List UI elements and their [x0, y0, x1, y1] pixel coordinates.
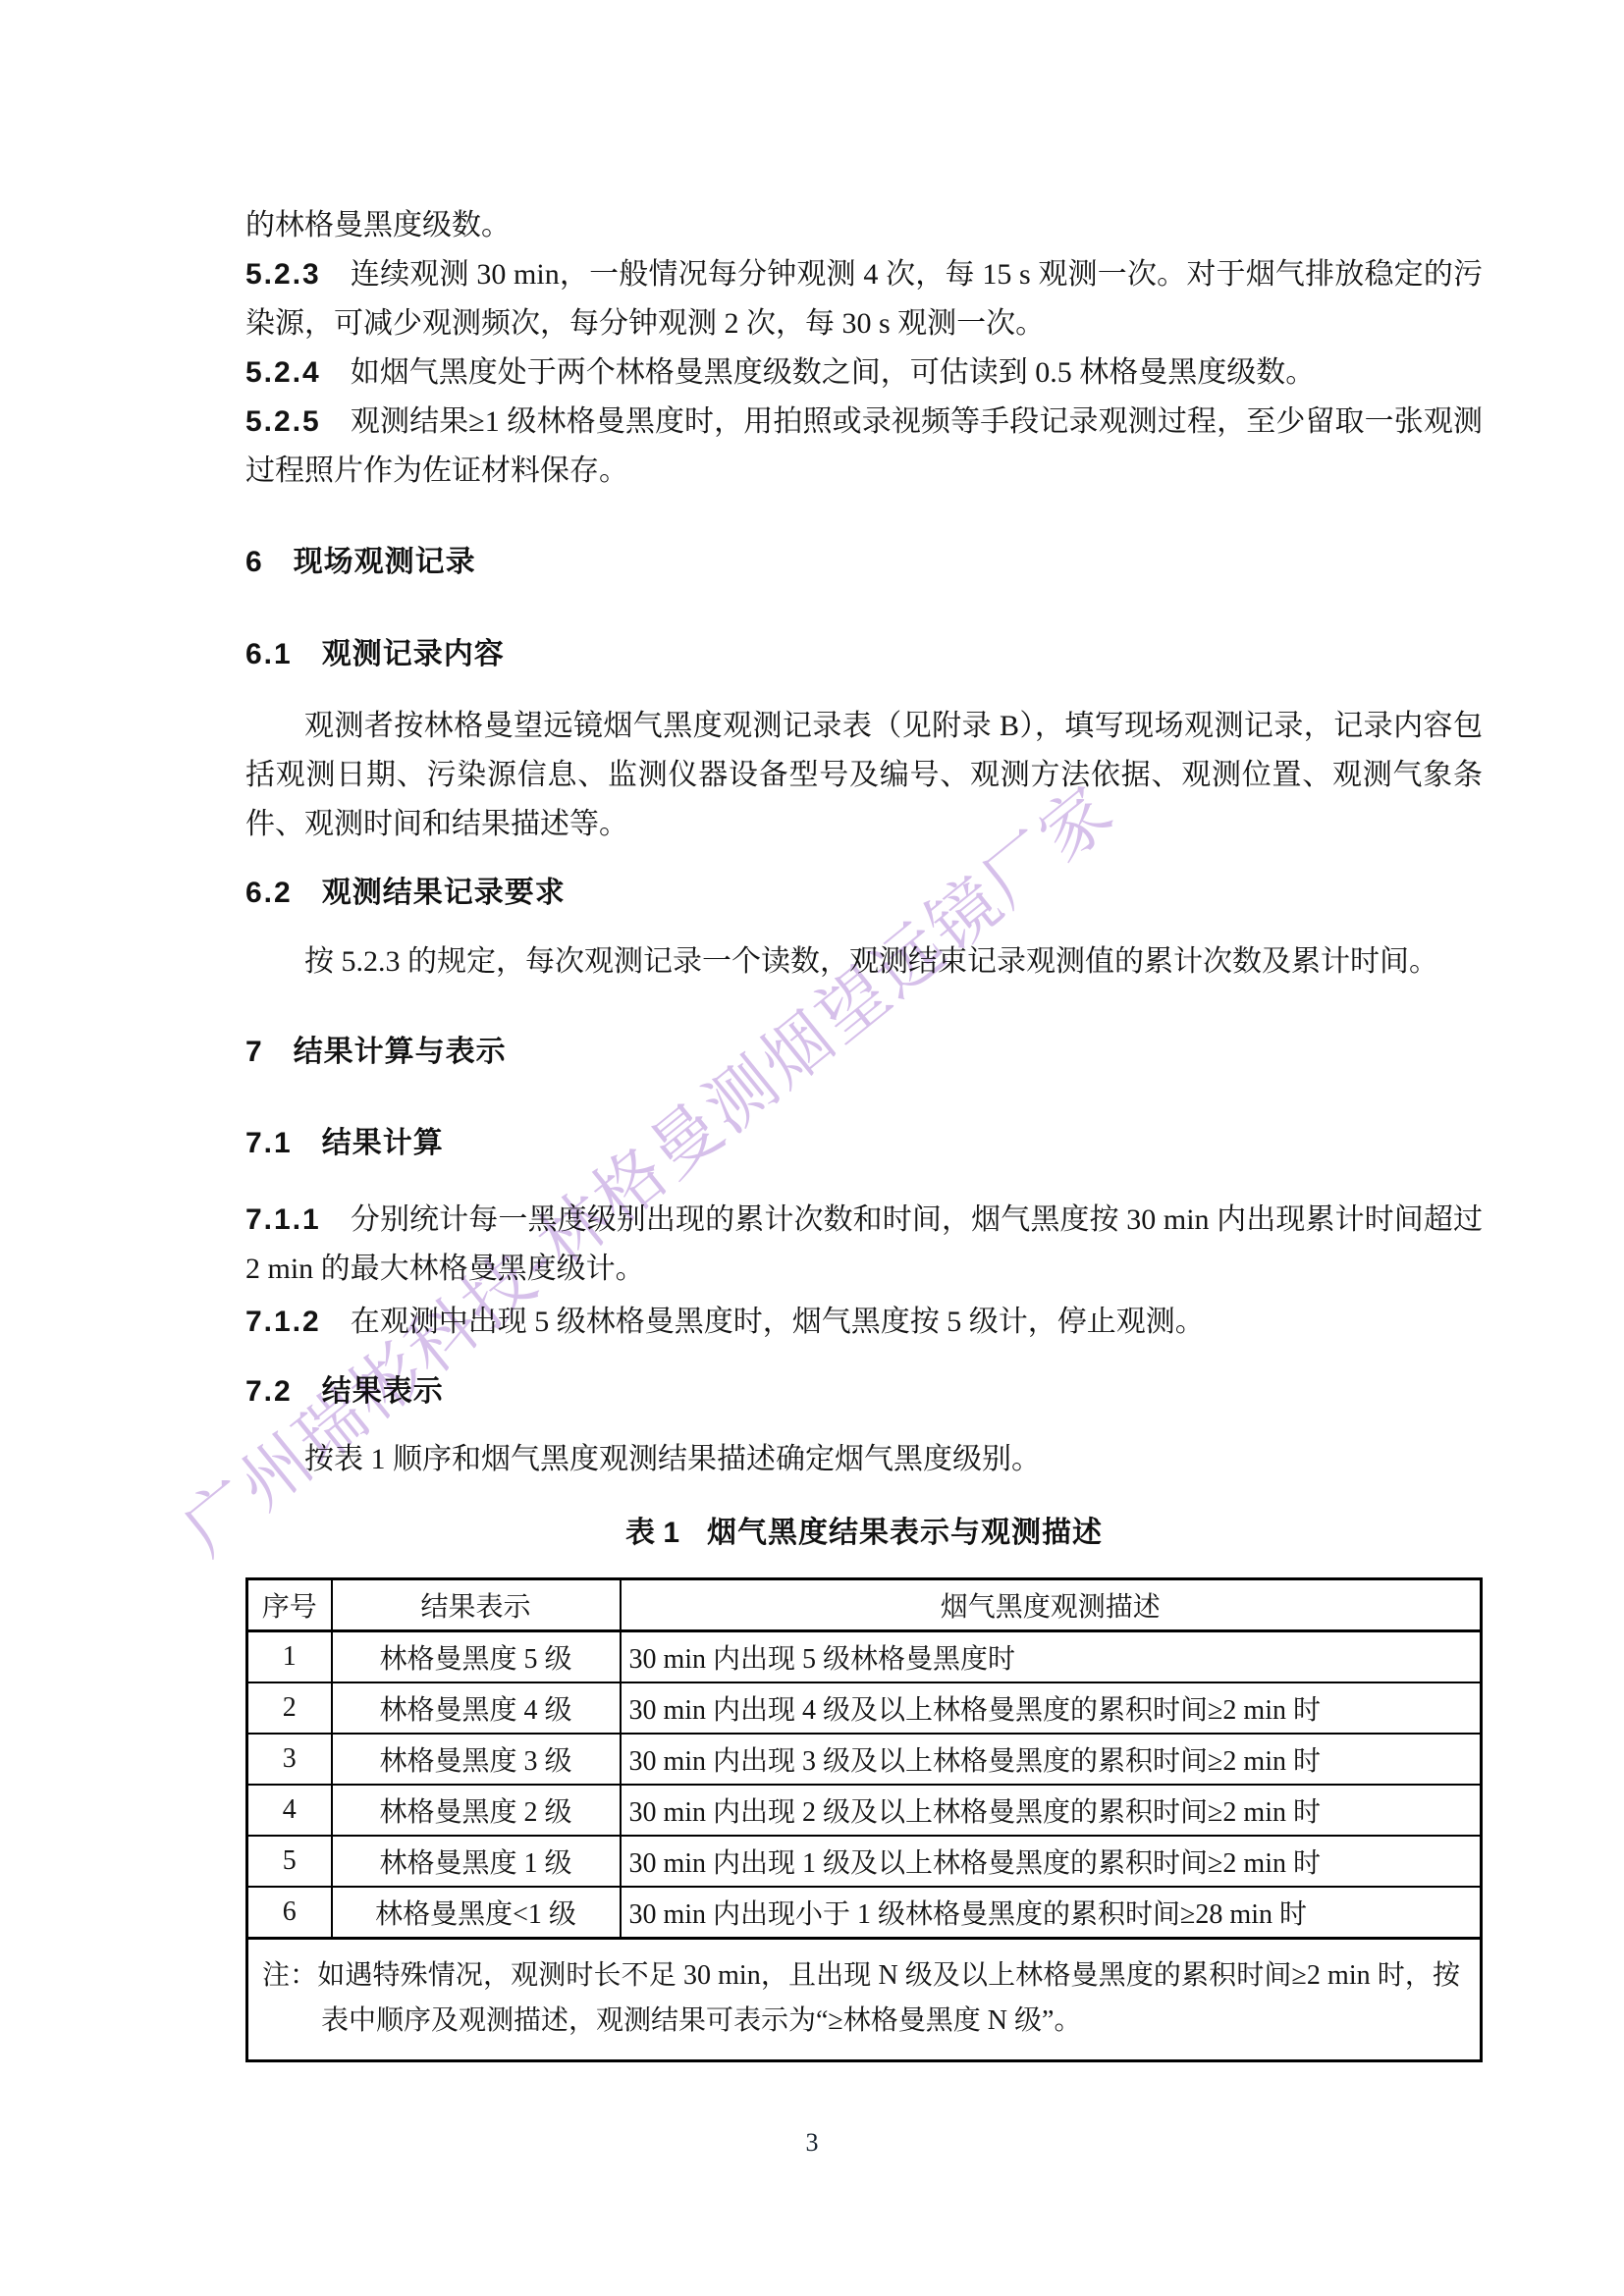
cell-seq: 1	[247, 1631, 332, 1683]
heading-number: 7.2	[245, 1375, 293, 1408]
cell-result: 林格曼黑度 4 级	[332, 1682, 621, 1734]
paragraph-6-1: 观测者按林格曼望远镜烟气黑度观测记录表（见附录 B），填写现场观测记录，记录内容…	[245, 702, 1483, 849]
section-heading-6-1: 6.1观测记录内容	[245, 630, 1483, 679]
heading-title: 结果计算与表示	[294, 1036, 507, 1068]
clause-number: 7.1.1	[245, 1203, 321, 1236]
column-header-description: 烟气黑度观测描述	[621, 1579, 1482, 1631]
clause-number: 5.2.4	[245, 356, 321, 389]
cell-description: 30 min 内出现 1 级及以上林格曼黑度的累积时间≥2 min 时	[621, 1836, 1482, 1887]
heading-number: 7.1	[245, 1127, 293, 1159]
note-label: 注：	[262, 1960, 317, 1991]
document-page: 的林格曼黑度级数。 5.2.3连续观测 30 min，一般情况每分钟观测 4 次…	[0, 0, 1624, 2296]
paragraph-7-2: 按表 1 顺序和烟气黑度观测结果描述确定烟气黑度级别。	[245, 1435, 1483, 1484]
clause-number: 5.2.5	[245, 405, 321, 438]
table-row: 6 林格曼黑度<1 级 30 min 内出现小于 1 级林格曼黑度的累积时间≥2…	[247, 1887, 1482, 1939]
cell-result: 林格曼黑度 1 级	[332, 1836, 621, 1887]
table-caption-label: 表 1	[625, 1517, 679, 1549]
column-header-result: 结果表示	[332, 1579, 621, 1631]
section-heading-7: 7结果计算与表示	[245, 1028, 1483, 1077]
page-number: 3	[0, 2128, 1624, 2158]
clause-text: 如烟气黑度处于两个林格曼黑度级数之间，可估读到 0.5 林格曼黑度级数。	[351, 356, 1316, 389]
clause-5-2-5: 5.2.5观测结果≥1 级林格曼黑度时，用拍照或录视频等手段记录观测过程，至少留…	[245, 398, 1483, 496]
table-row: 5 林格曼黑度 1 级 30 min 内出现 1 级及以上林格曼黑度的累积时间≥…	[247, 1836, 1482, 1887]
clause-5-2-3: 5.2.3连续观测 30 min，一般情况每分钟观测 4 次，每 15 s 观测…	[245, 250, 1483, 348]
table-row: 1 林格曼黑度 5 级 30 min 内出现 5 级林格曼黑度时	[247, 1631, 1482, 1683]
cell-seq: 5	[247, 1836, 332, 1887]
cell-seq: 6	[247, 1887, 332, 1939]
table-row: 4 林格曼黑度 2 级 30 min 内出现 2 级及以上林格曼黑度的累积时间≥…	[247, 1785, 1482, 1836]
heading-title: 现场观测记录	[294, 546, 476, 578]
cell-seq: 4	[247, 1785, 332, 1836]
clause-number: 5.2.3	[245, 258, 321, 291]
heading-title: 观测结果记录要求	[322, 877, 566, 909]
cell-result: 林格曼黑度<1 级	[332, 1887, 621, 1939]
section-heading-7-1: 7.1结果计算	[245, 1119, 1483, 1168]
heading-number: 7	[245, 1036, 264, 1068]
table-caption-title: 烟气黑度结果表示与观测描述	[707, 1517, 1103, 1549]
paragraph-continuation: 的林格曼黑度级数。	[245, 201, 1483, 250]
clause-text: 分别统计每一黑度级别出现的累计次数和时间，烟气黑度按 30 min 内出现累计时…	[245, 1203, 1483, 1285]
note-text: 如遇特殊情况，观测时长不足 30 min，且出现 N 级及以上林格曼黑度的累积时…	[317, 1960, 1460, 2036]
cell-description: 30 min 内出现小于 1 级林格曼黑度的累积时间≥28 min 时	[621, 1887, 1482, 1939]
document-body: 的林格曼黑度级数。 5.2.3连续观测 30 min，一般情况每分钟观测 4 次…	[245, 201, 1483, 2062]
clause-text: 观测结果≥1 级林格曼黑度时，用拍照或录视频等手段记录观测过程，至少留取一张观测…	[245, 405, 1483, 487]
heading-number: 6.2	[245, 877, 293, 909]
heading-title: 结果计算	[322, 1127, 444, 1159]
section-heading-6: 6现场观测记录	[245, 538, 1483, 587]
heading-title: 结果表示	[322, 1375, 444, 1408]
clause-number: 7.1.2	[245, 1306, 321, 1338]
cell-description: 30 min 内出现 3 级及以上林格曼黑度的累积时间≥2 min 时	[621, 1734, 1482, 1785]
cell-description: 30 min 内出现 2 级及以上林格曼黑度的累积时间≥2 min 时	[621, 1785, 1482, 1836]
cell-description: 30 min 内出现 4 级及以上林格曼黑度的累积时间≥2 min 时	[621, 1682, 1482, 1734]
table-header-row: 序号 结果表示 烟气黑度观测描述	[247, 1579, 1482, 1631]
heading-number: 6.1	[245, 638, 293, 670]
clause-text: 连续观测 30 min，一般情况每分钟观测 4 次，每 15 s 观测一次。对于…	[245, 258, 1483, 340]
cell-result: 林格曼黑度 2 级	[332, 1785, 621, 1836]
column-header-seq: 序号	[247, 1579, 332, 1631]
section-heading-7-2: 7.2结果表示	[245, 1367, 1483, 1416]
table-caption: 表 1烟气黑度结果表示与观测描述	[245, 1509, 1483, 1558]
cell-result: 林格曼黑度 5 级	[332, 1631, 621, 1683]
table-note: 注：如遇特殊情况，观测时长不足 30 min，且出现 N 级及以上林格曼黑度的累…	[262, 1953, 1460, 2044]
section-heading-6-2: 6.2观测结果记录要求	[245, 869, 1483, 918]
table-note-row: 注：如遇特殊情况，观测时长不足 30 min，且出现 N 级及以上林格曼黑度的累…	[247, 1939, 1482, 2061]
table-row: 2 林格曼黑度 4 级 30 min 内出现 4 级及以上林格曼黑度的累积时间≥…	[247, 1682, 1482, 1734]
heading-title: 观测记录内容	[322, 638, 505, 670]
heading-number: 6	[245, 546, 264, 578]
cell-seq: 2	[247, 1682, 332, 1734]
paragraph-6-2: 按 5.2.3 的规定，每次观测记录一个读数，观测结束记录观测值的累计次数及累计…	[245, 937, 1483, 987]
clause-7-1-1: 7.1.1分别统计每一黑度级别出现的累计次数和时间，烟气黑度按 30 min 内…	[245, 1196, 1483, 1294]
clause-text: 在观测中出现 5 级林格曼黑度时，烟气黑度按 5 级计，停止观测。	[351, 1306, 1205, 1338]
cell-description: 30 min 内出现 5 级林格曼黑度时	[621, 1631, 1482, 1683]
table-row: 3 林格曼黑度 3 级 30 min 内出现 3 级及以上林格曼黑度的累积时间≥…	[247, 1734, 1482, 1785]
clause-5-2-4: 5.2.4如烟气黑度处于两个林格曼黑度级数之间，可估读到 0.5 林格曼黑度级数…	[245, 348, 1483, 398]
clause-7-1-2: 7.1.2在观测中出现 5 级林格曼黑度时，烟气黑度按 5 级计，停止观测。	[245, 1298, 1483, 1347]
cell-seq: 3	[247, 1734, 332, 1785]
table-note-cell: 注：如遇特殊情况，观测时长不足 30 min，且出现 N 级及以上林格曼黑度的累…	[247, 1939, 1482, 2061]
cell-result: 林格曼黑度 3 级	[332, 1734, 621, 1785]
smoke-blackness-result-table: 序号 结果表示 烟气黑度观测描述 1 林格曼黑度 5 级 30 min 内出现 …	[245, 1577, 1483, 2062]
